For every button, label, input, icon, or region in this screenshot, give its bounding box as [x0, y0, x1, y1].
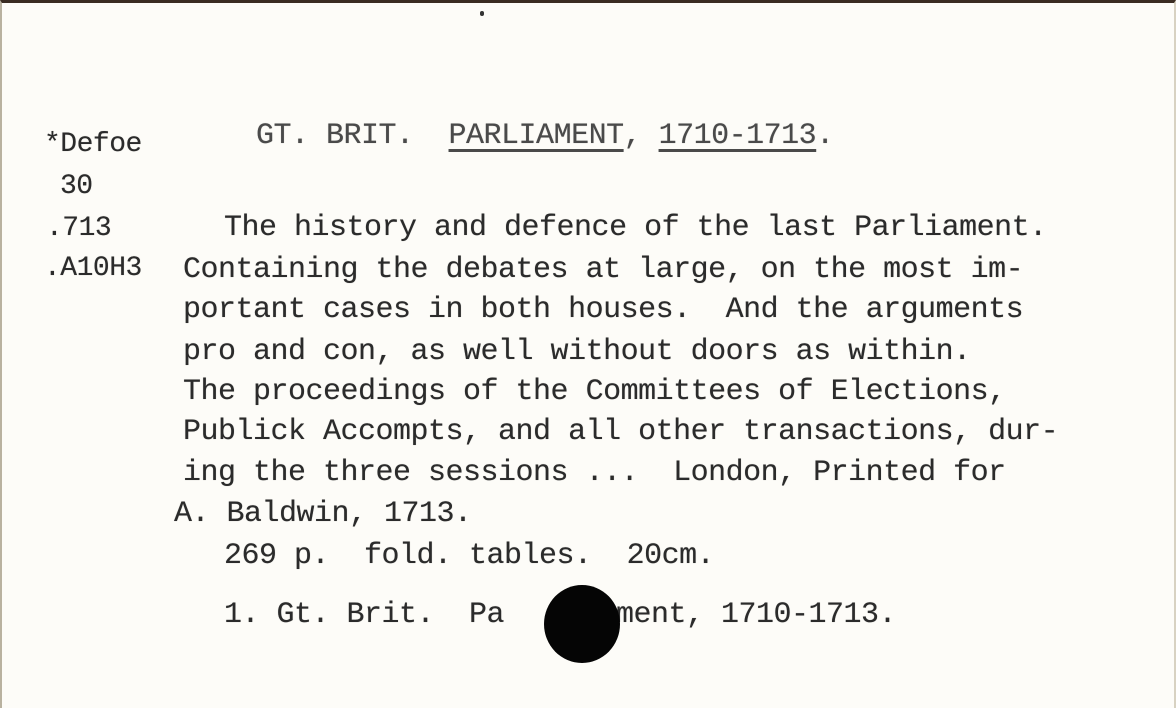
body-line: A. Baldwin, 1713.	[174, 499, 472, 529]
heading-period: .	[816, 119, 834, 153]
call-number-line-2: 30	[60, 173, 93, 201]
catalog-card: *Defoe 30 .713 .A10H3 GT. BRIT. PARLIAME…	[0, 0, 1176, 708]
subject-heading: GT. BRIT. PARLIAMENT, 1710-1713.	[256, 121, 834, 151]
punch-hole	[544, 585, 620, 663]
heading-prefix: GT. BRIT.	[256, 119, 414, 153]
collation: 269 p. fold. tables. 20cm.	[224, 541, 714, 571]
heading-subject: PARLIAMENT	[449, 119, 624, 153]
tracing-start: 1. Gt. Brit. Pa	[224, 600, 504, 630]
call-number-line-4: .A10H3	[44, 255, 142, 283]
call-number-line-1: *Defoe	[44, 131, 142, 159]
tracing-end: ment, 1710-1713.	[616, 600, 896, 630]
ink-speck	[480, 11, 484, 16]
body-line: The history and defence of the last Parl…	[224, 213, 1047, 243]
body-line: pro and con, as well without doors as wi…	[183, 337, 971, 367]
heading-dates: 1710-1713	[659, 119, 817, 153]
heading-comma: ,	[624, 119, 642, 153]
body-line: The proceedings of the Committees of Ele…	[183, 377, 1006, 407]
body-line: Containing the debates at large, on the …	[183, 255, 1023, 285]
body-line: ing the three sessions ... London, Print…	[183, 458, 1006, 488]
body-line: portant cases in both houses. And the ar…	[183, 295, 1023, 325]
body-line: Publick Accompts, and all other transact…	[183, 417, 1058, 447]
call-number-line-3: .713	[46, 215, 111, 243]
